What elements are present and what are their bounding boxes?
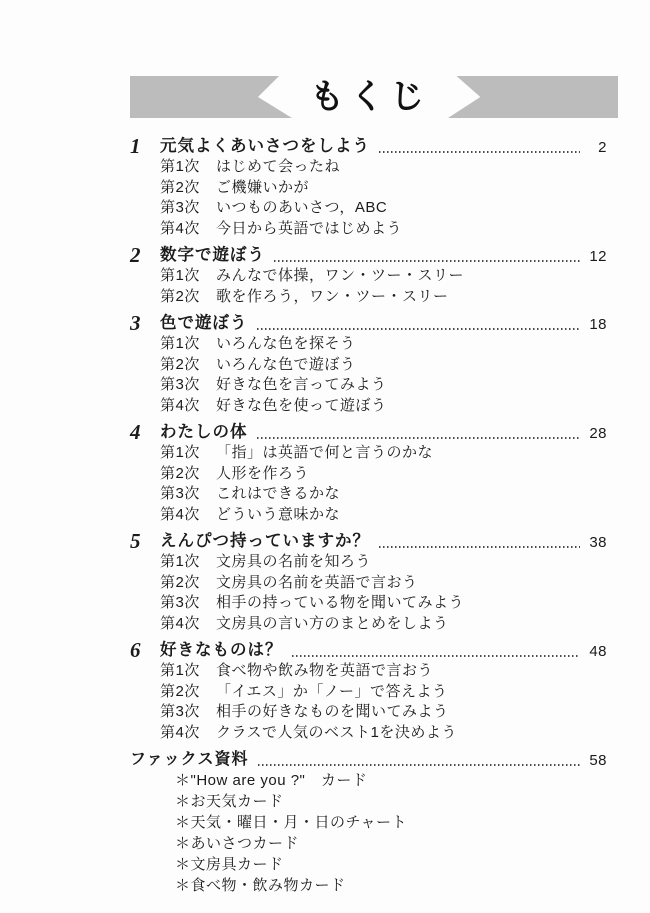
dotted-leader — [379, 546, 580, 548]
lesson-label: 第1次 — [160, 157, 204, 178]
section-heading: 1 元気よくあいさつをしよう 2 — [130, 136, 607, 157]
lesson-row: 第4次 今日から英語ではじめよう — [130, 219, 607, 240]
dotted-leader — [257, 328, 581, 330]
lesson-title: 好きな色を使って遊ぼう — [216, 396, 387, 417]
appendix-item: ＊お天気カード — [130, 791, 607, 812]
lesson-row: 第3次 これはできるかな — [130, 484, 607, 505]
lesson-title: クラスで人気のベスト1を決めよう — [216, 723, 457, 744]
section-page-number: 12 — [587, 247, 607, 266]
appendix-page-number: 58 — [587, 751, 607, 770]
section-title: 色で遊ぼう — [160, 313, 248, 334]
section-heading: 3 色で遊ぼう 18 — [130, 313, 607, 334]
lesson-title: 好きな色を言ってみよう — [216, 375, 387, 396]
lesson-label: 第3次 — [160, 593, 204, 614]
lesson-label: 第4次 — [160, 723, 204, 744]
toc-list: 1 元気よくあいさつをしよう 2 第1次 はじめて会ったね 第2次 ご機嫌いかが… — [130, 130, 607, 896]
dotted-leader — [257, 437, 581, 439]
toc-section: 4 わたしの体 28 第1次 「指」は英語で何と言うのかな 第2次 人形を作ろう… — [130, 422, 607, 525]
toc-section: 2 数字で遊ぼう 12 第1次 みんなで体操，ワン・ツー・スリー 第2次 歌を作… — [130, 245, 607, 307]
lesson-label: 第2次 — [160, 682, 204, 703]
lesson-row: 第2次 「イエス」か「ノー」で答えよう — [130, 682, 607, 703]
lesson-label: 第2次 — [160, 287, 204, 308]
header-banner: もくじ — [130, 76, 618, 118]
lesson-label: 第2次 — [160, 573, 204, 594]
lesson-title: 食べ物や飲み物を英語で言おう — [216, 661, 433, 682]
section-page-number: 28 — [587, 424, 607, 443]
section-page-number: 2 — [587, 138, 607, 157]
lesson-title: みんなで体操，ワン・ツー・スリー — [216, 266, 464, 287]
lesson-label: 第1次 — [160, 661, 204, 682]
lesson-label: 第3次 — [160, 375, 204, 396]
section-number: 5 — [130, 531, 160, 552]
lesson-label: 第2次 — [160, 355, 204, 376]
lesson-title: 歌を作ろう，ワン・ツー・スリー — [216, 287, 449, 308]
section-number: 3 — [130, 313, 160, 334]
lesson-title: 文房具の言い方のまとめをしよう — [216, 614, 449, 635]
lesson-title: 「イエス」か「ノー」で答えよう — [216, 682, 447, 703]
lesson-title: いろんな色で遊ぼう — [216, 355, 356, 376]
dotted-leader — [379, 151, 580, 153]
appendix-heading: ファックス資料 58 — [130, 749, 607, 770]
appendix-title: ファックス資料 — [130, 749, 249, 770]
toc-section: 1 元気よくあいさつをしよう 2 第1次 はじめて会ったね 第2次 ご機嫌いかが… — [130, 136, 607, 239]
toc-page: もくじ 1 元気よくあいさつをしよう 2 第1次 はじめて会ったね 第2次 ご機… — [0, 0, 650, 913]
section-number: 6 — [130, 640, 160, 661]
lesson-row: 第1次 文房具の名前を知ろう — [130, 552, 607, 573]
appendix-item: ＊文房具カード — [130, 854, 607, 875]
lesson-label: 第4次 — [160, 396, 204, 417]
lesson-title: いろんな色を探そう — [216, 334, 356, 355]
section-heading: 5 えんぴつ持っていますか？ 38 — [130, 531, 607, 552]
lesson-label: 第1次 — [160, 266, 204, 287]
section-title: 元気よくあいさつをしよう — [160, 136, 370, 157]
lesson-row: 第1次 食べ物や飲み物を英語で言おう — [130, 661, 607, 682]
lesson-row: 第3次 いつものあいさつ，ABC — [130, 198, 607, 219]
lesson-title: ご機嫌いかが — [216, 178, 309, 199]
lesson-row: 第1次 「指」は英語で何と言うのかな — [130, 443, 607, 464]
lesson-label: 第3次 — [160, 484, 204, 505]
lesson-row: 第1次 みんなで体操，ワン・ツー・スリー — [130, 266, 607, 287]
section-title: えんぴつ持っていますか？ — [160, 531, 370, 552]
dotted-leader — [258, 764, 580, 766]
section-page-number: 18 — [587, 315, 607, 334]
toc-section: 6 好きなものは？ 48 第1次 食べ物や飲み物を英語で言おう 第2次 「イエス… — [130, 640, 607, 743]
lesson-title: 相手の持っている物を聞いてみよう — [216, 593, 464, 614]
lesson-row: 第3次 相手の持っている物を聞いてみよう — [130, 593, 607, 614]
lesson-row: 第4次 クラスで人気のベスト1を決めよう — [130, 723, 607, 744]
section-title: 好きなものは？ — [160, 640, 283, 661]
lesson-row: 第2次 いろんな色で遊ぼう — [130, 355, 607, 376]
appendix-section: ファックス資料 58 ＊"How are you ?" カード ＊お天気カード … — [130, 749, 607, 896]
section-number: 1 — [130, 136, 160, 157]
lesson-row: 第4次 どういう意味かな — [130, 505, 607, 526]
lesson-title: 人形を作ろう — [216, 464, 309, 485]
section-heading: 2 数字で遊ぼう 12 — [130, 245, 607, 266]
section-page-number: 38 — [587, 533, 607, 552]
lesson-title: 相手の好きなものを聞いてみよう — [216, 702, 449, 723]
lesson-label: 第4次 — [160, 614, 204, 635]
right-ribbon-decoration — [448, 76, 618, 118]
lesson-row: 第2次 人形を作ろう — [130, 464, 607, 485]
section-heading: 6 好きなものは？ 48 — [130, 640, 607, 661]
lesson-label: 第1次 — [160, 443, 204, 464]
lesson-label: 第4次 — [160, 505, 204, 526]
page-title: もくじ — [292, 76, 448, 118]
lesson-row: 第4次 文房具の言い方のまとめをしよう — [130, 614, 607, 635]
lesson-label: 第3次 — [160, 198, 204, 219]
section-title: わたしの体 — [160, 422, 248, 443]
toc-section: 3 色で遊ぼう 18 第1次 いろんな色を探そう 第2次 いろんな色で遊ぼう 第… — [130, 313, 607, 416]
section-number: 4 — [130, 422, 160, 443]
appendix-item: ＊"How are you ?" カード — [130, 770, 607, 791]
lesson-row: 第1次 いろんな色を探そう — [130, 334, 607, 355]
appendix-item: ＊天気・曜日・月・日のチャート — [130, 812, 607, 833]
lesson-label: 第1次 — [160, 334, 204, 355]
appendix-item: ＊食べ物・飲み物カード — [130, 875, 607, 896]
lesson-row: 第2次 ご機嫌いかが — [130, 178, 607, 199]
lesson-title: いつものあいさつ，ABC — [216, 198, 387, 219]
appendix-item: ＊あいさつカード — [130, 833, 607, 854]
lesson-label: 第3次 — [160, 702, 204, 723]
lesson-title: これはできるかな — [216, 484, 340, 505]
lesson-label: 第2次 — [160, 464, 204, 485]
section-page-number: 48 — [587, 642, 607, 661]
lesson-label: 第4次 — [160, 219, 204, 240]
left-ribbon-decoration — [130, 76, 292, 118]
toc-section: 5 えんぴつ持っていますか？ 38 第1次 文房具の名前を知ろう 第2次 文房具… — [130, 531, 607, 634]
section-title: 数字で遊ぼう — [160, 245, 265, 266]
lesson-row: 第2次 文房具の名前を英語で言おう — [130, 573, 607, 594]
dotted-leader — [274, 260, 580, 262]
lesson-title: 文房具の名前を知ろう — [216, 552, 371, 573]
lesson-row: 第1次 はじめて会ったね — [130, 157, 607, 178]
lesson-row: 第3次 相手の好きなものを聞いてみよう — [130, 702, 607, 723]
lesson-row: 第3次 好きな色を言ってみよう — [130, 375, 607, 396]
section-number: 2 — [130, 245, 160, 266]
lesson-row: 第2次 歌を作ろう，ワン・ツー・スリー — [130, 287, 607, 308]
lesson-row: 第4次 好きな色を使って遊ぼう — [130, 396, 607, 417]
lesson-title: 「指」は英語で何と言うのかな — [216, 443, 433, 464]
lesson-label: 第2次 — [160, 178, 204, 199]
dotted-leader — [292, 655, 581, 657]
section-heading: 4 わたしの体 28 — [130, 422, 607, 443]
lesson-title: 文房具の名前を英語で言おう — [216, 573, 418, 594]
lesson-title: 今日から英語ではじめよう — [216, 219, 402, 240]
lesson-label: 第1次 — [160, 552, 204, 573]
lesson-title: どういう意味かな — [216, 505, 340, 526]
lesson-title: はじめて会ったね — [216, 157, 340, 178]
